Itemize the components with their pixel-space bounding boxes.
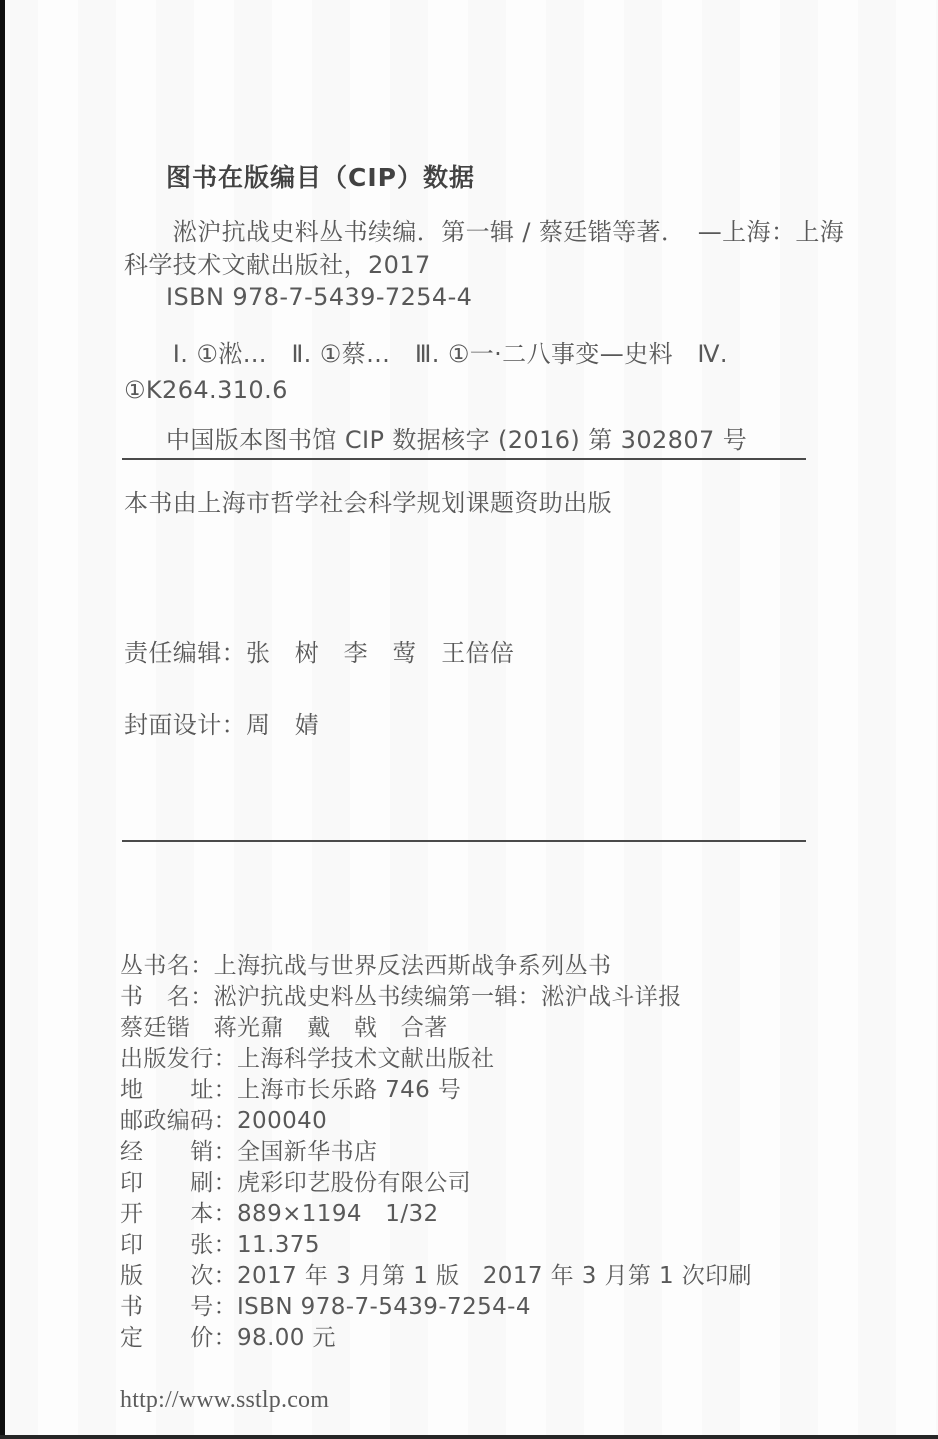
publisher-url: http://www.sstlp.com xyxy=(120,1385,752,1416)
cip-isbn: ISBN 978-7-5439-7254-4 xyxy=(166,283,472,311)
colophon-line: 定 价：98.00 元 xyxy=(120,1323,752,1354)
colophon-line: 印 刷：虎彩印艺股份有限公司 xyxy=(120,1168,752,1199)
cip-classification: Ⅰ. ①淞… Ⅱ. ①蔡… Ⅲ. ①一·二八事变—史料 Ⅳ. ①K264.310… xyxy=(124,336,728,408)
colophon-line: 印 张：11.375 xyxy=(120,1230,752,1261)
colophon-line: 丛书名：上海抗战与世界反法西斯战争系列丛书 xyxy=(120,951,752,982)
cip-record-number: 中国版本图书馆 CIP 数据核字 (2016) 第 302807 号 xyxy=(166,420,747,455)
responsible-editor-line: 责任编辑：张 树 李 莺 王倍倍 xyxy=(124,635,514,671)
funding-note: 本书由上海市哲学社会科学规划课题资助出版 xyxy=(124,483,612,518)
scanned-copyright-page: 图书在版编目（CIP）数据 淞沪抗战史料丛书续编．第一辑 / 蔡廷锴等著． —上… xyxy=(0,0,938,1439)
colophon-block: 丛书名：上海抗战与世界反法西斯战争系列丛书书 名：淞沪抗战史料丛书续编第一辑：淞… xyxy=(120,858,752,1439)
colophon-line: 版 次：2017 年 3 月第 1 版 2017 年 3 月第 1 次印刷 xyxy=(120,1261,752,1292)
cip-bibliographic-entry: 淞沪抗战史料丛书续编．第一辑 / 蔡廷锴等著． —上海：上海 科学技术文献出版社… xyxy=(124,216,844,282)
colophon-line: 邮政编码：200040 xyxy=(120,1106,752,1137)
credits-block: 责任编辑：张 树 李 莺 王倍倍 封面设计：周 婧 xyxy=(124,599,514,779)
colophon-line: 经 销：全国新华书店 xyxy=(120,1137,752,1168)
cip-heading: 图书在版编目（CIP）数据 xyxy=(166,158,475,194)
divider-rule-top xyxy=(122,458,806,460)
cover-design-line: 封面设计：周 婧 xyxy=(124,707,514,743)
colophon-line: 出版发行：上海科学技术文献出版社 xyxy=(120,1044,752,1075)
scan-edge-left xyxy=(0,0,5,1439)
colophon-line: 书 名：淞沪抗战史料丛书续编第一辑：淞沪战斗详报 xyxy=(120,982,752,1013)
divider-rule-bottom xyxy=(122,840,806,842)
colophon-line: 书 号：ISBN 978-7-5439-7254-4 xyxy=(120,1292,752,1323)
colophon-line: 地 址：上海市长乐路 746 号 xyxy=(120,1075,752,1106)
colophon-lines: 丛书名：上海抗战与世界反法西斯战争系列丛书书 名：淞沪抗战史料丛书续编第一辑：淞… xyxy=(120,889,752,1354)
colophon-line: 开 本：889×1194 1/32 xyxy=(120,1199,752,1230)
colophon-line: 蔡廷锴 蒋光鼐 戴 戟 合著 xyxy=(120,1013,752,1044)
